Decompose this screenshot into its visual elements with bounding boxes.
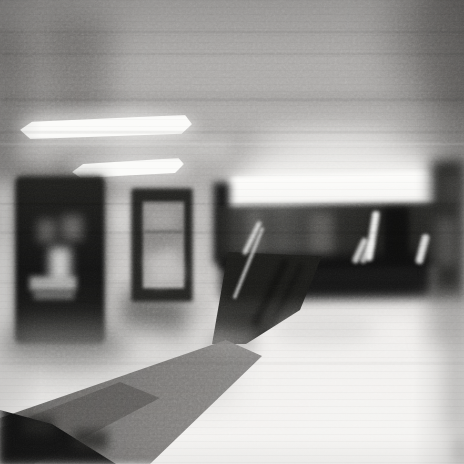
film-grain-coarse bbox=[0, 0, 464, 464]
station-photo bbox=[0, 0, 464, 464]
